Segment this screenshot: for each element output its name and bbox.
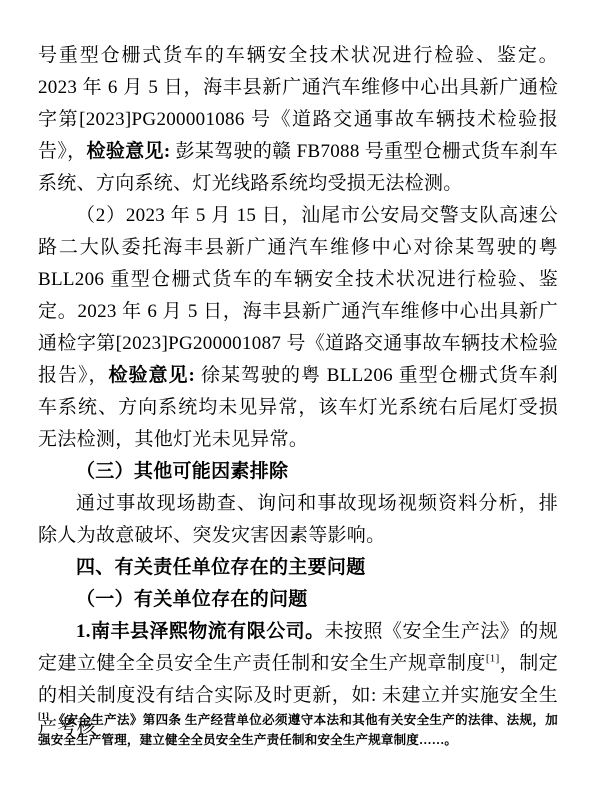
document-body: 号重型仓栅式货车的车辆安全技术状况进行检验、鉴定。2023 年 6 月 5 日，… [38, 40, 558, 744]
text-run: （一）有关单位存在的问题 [76, 589, 308, 610]
text-run: （2）2023 年 5 月 15 日，汕尾市公安局交警支队高速公路二大队委托海丰… [38, 205, 558, 386]
paragraph-vehicle-inspection-1: 号重型仓栅式货车的车辆安全技术状况进行检验、鉴定。2023 年 6 月 5 日，… [38, 40, 558, 200]
footnote-1: [1] 《安全生产法》第四条 生产经营单位必须遵守本法和其他有关安全生产的法律、… [38, 710, 558, 750]
text-run: 《安全生产法》第四条 生产经营单位必须遵守本法和其他有关安全生产的法律、法规，加… [38, 713, 558, 747]
heading-unit-problems: （一）有关单位存在的问题 [38, 584, 558, 616]
text-run: 检验意见: [109, 365, 196, 386]
text-run: 检验意见: [87, 141, 171, 162]
document-page: 号重型仓栅式货车的车辆安全技术状况进行检验、鉴定。2023 年 6 月 5 日，… [0, 0, 596, 796]
text-run: 1.南丰县泽熙物流有限公司。 [76, 621, 325, 642]
text-run: 四、有关责任单位存在的主要问题 [76, 557, 366, 578]
footnote-reference: [1] [486, 653, 500, 665]
heading-section-four: 四、有关责任单位存在的主要问题 [38, 552, 558, 584]
heading-other-factors-excluded: （三）其他可能因素排除 [38, 456, 558, 488]
paragraph-vehicle-inspection-2: （2）2023 年 5 月 15 日，汕尾市公安局交警支队高速公路二大队委托海丰… [38, 200, 558, 456]
text-run: （三）其他可能因素排除 [76, 461, 288, 482]
footnote-area: [1] 《安全生产法》第四条 生产经营单位必须遵守本法和其他有关安全生产的法律、… [38, 710, 558, 750]
paragraph-exclusion-analysis: 通过事故现场勘查、询问和事故现场视频资料分析，排除人为故意破坏、突发灾害因素等影… [38, 488, 558, 552]
text-run: 通过事故现场勘查、询问和事故现场视频资料分析，排除人为故意破坏、突发灾害因素等影… [38, 493, 558, 546]
footnote-reference: [1] [38, 711, 49, 721]
